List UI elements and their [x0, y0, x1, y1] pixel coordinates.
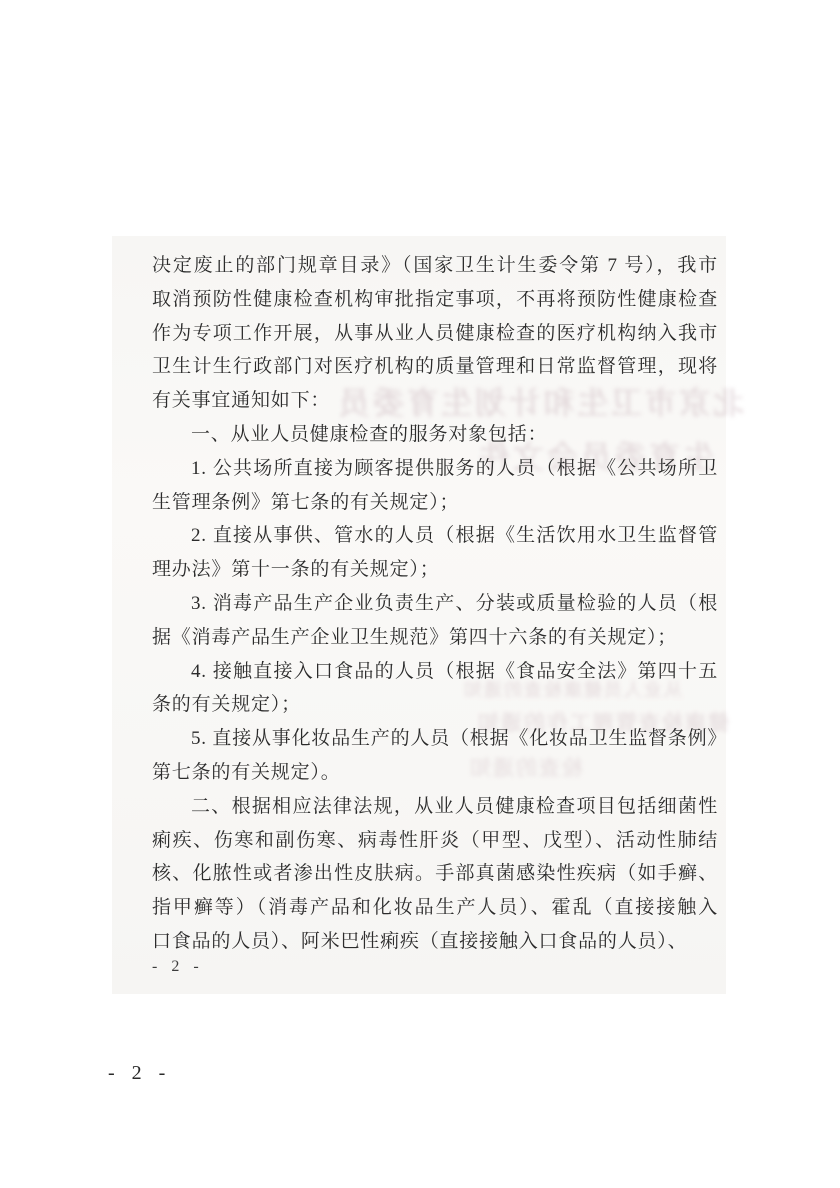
body-line: 取消预防性健康检查机构审批指定事项，不再将预防性健康检查	[152, 283, 718, 317]
body-line: 据《消毒产品生产企业卫生规范》第四十六条的有关规定）；	[152, 621, 718, 655]
body-line: 卫生计生行政部门对医疗机构的质量管理和日常监督管理，现将	[152, 350, 718, 384]
body-line: 口食品的人员）、阿米巴性痢疾（直接接触入口食品的人员）、	[152, 925, 718, 959]
body-line: 痢疾、伤寒和副伤寒、病毒性肝炎（甲型、戊型）、活动性肺结	[152, 824, 718, 858]
scanned-page-number: - 2 -	[152, 958, 204, 976]
body-line: 4. 接触直接入口食品的人员（根据《食品安全法》第四十五	[152, 655, 718, 689]
body-line: 1. 公共场所直接为顾客提供服务的人员（根据《公共场所卫	[152, 452, 718, 486]
body-line: 理办法》第十一条的有关规定）；	[152, 553, 718, 587]
body-line: 第七条的有关规定）。	[152, 756, 718, 790]
body-line: 作为专项工作开展，从事从业人员健康检查的医疗机构纳入我市	[152, 317, 718, 351]
body-line: 5. 直接从事化妆品生产的人员（根据《化妆品卫生监督条例》	[152, 722, 718, 756]
body-line: 条的有关规定）；	[152, 688, 718, 722]
body-line: 3. 消毒产品生产企业负责生产、分装或质量检验的人员（根	[152, 587, 718, 621]
body-line: 二、根据相应法律法规，从业人员健康检查项目包括细菌性	[152, 790, 718, 824]
body-line: 有关事宜通知如下：	[152, 384, 718, 418]
pdf-page: 北京市卫生和计划生育委员 生育委员会文件 从业人员健康检查的通知 健康检查管理工…	[0, 0, 840, 1188]
body-line: 指甲癣等）（消毒产品和化妆品生产人员）、霍乱（直接接触入	[152, 891, 718, 925]
body-line: 生管理条例》第七条的有关规定）；	[152, 486, 718, 520]
body-line: 一、从业人员健康检查的服务对象包括：	[152, 418, 718, 452]
body-line: 2. 直接从事供、管水的人员（根据《生活饮用水卫生监督管	[152, 519, 718, 553]
body-line: 决定废止的部门规章目录》（国家卫生计生委令第 7 号），我市	[152, 249, 718, 283]
document-body: 决定废止的部门规章目录》（国家卫生计生委令第 7 号），我市取消预防性健康检查机…	[152, 249, 718, 959]
footer-page-number: - 2 -	[108, 1062, 171, 1085]
scan-region: 北京市卫生和计划生育委员 生育委员会文件 从业人员健康检查的通知 健康检查管理工…	[112, 236, 726, 994]
body-line: 核、化脓性或者渗出性皮肤病。手部真菌感染性疾病（如手癣、	[152, 857, 718, 891]
